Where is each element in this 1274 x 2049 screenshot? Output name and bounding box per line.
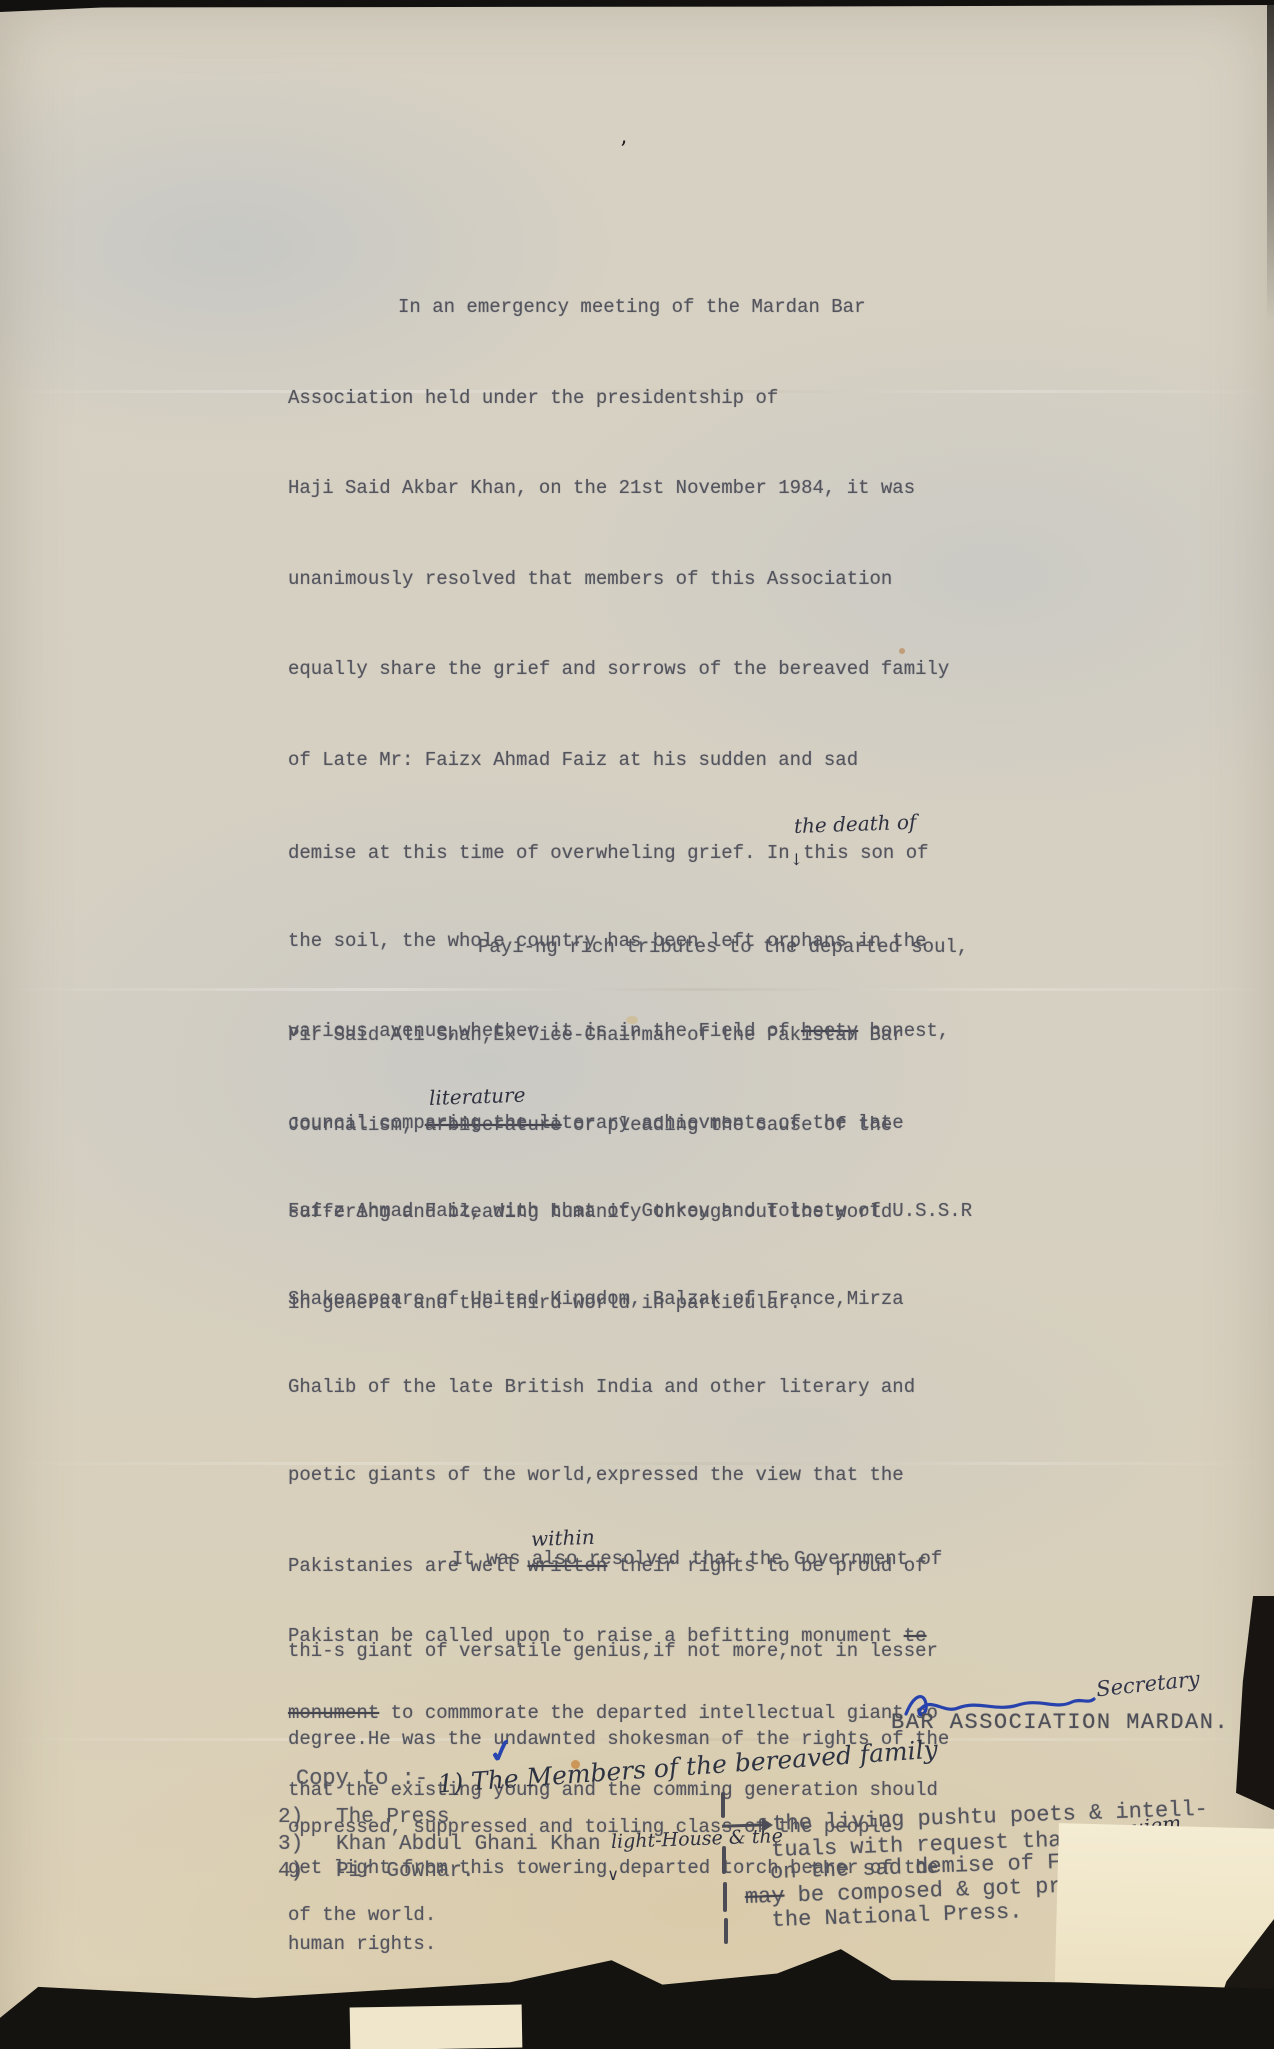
- caret-mark: ∨: [607, 1865, 619, 1884]
- paper-sliver: [350, 2005, 523, 2049]
- text-line: demise at this time of overwheling grief…: [288, 839, 949, 894]
- list-item-text: The Press: [336, 1806, 449, 1833]
- handwritten-annotation: light-House & the: [611, 1831, 612, 1853]
- secretary-handwritten-label: Secretary: [1095, 1667, 1201, 1702]
- text-line: Pakistan be called upon to raise a befit…: [288, 1625, 942, 1666]
- text-line: council comparing the literary achievmen…: [288, 1112, 972, 1164]
- text-line: In an emergency meeting of the Mardan Ba…: [288, 296, 949, 351]
- handwritten-annotation: the death of: [793, 814, 794, 838]
- typed-text: human rights.: [288, 1933, 436, 1955]
- typed-text: Fai-z Ahmad Faiz, with that of Gorkey an…: [288, 1200, 972, 1222]
- list-item-number: 3): [278, 1833, 336, 1860]
- text-line: Association held under the presidentship…: [288, 387, 949, 442]
- scanner-edge-right: [1267, 0, 1274, 320]
- text-line: Ghalib of the late British India and oth…: [288, 1376, 972, 1428]
- struck-text: may: [744, 1884, 784, 1910]
- copy-to-label: Copy to :-: [296, 1766, 428, 1791]
- list-item-text: Pir Gowhar.: [336, 1860, 475, 1887]
- scanner-edge-top: [0, 0, 1274, 12]
- list-item: 4)Pir Gowhar.: [278, 1860, 601, 1887]
- text-line: equally share the grief and sorrows of t…: [288, 658, 949, 713]
- list-item: 3)Khan Abdul Ghani Khan: [278, 1833, 601, 1860]
- typed-text: equally share the grief and sorrows of t…: [288, 658, 949, 680]
- typed-text: to commmorate the departed intellectual …: [379, 1702, 938, 1724]
- typed-text: In an emergency meeting of the Mardan Ba…: [398, 296, 865, 318]
- connector-dash: [724, 1918, 728, 1944]
- connector-dash: [723, 1882, 727, 1912]
- typed-text: council comparing the literary achievmen…: [288, 1112, 904, 1134]
- text-line: poetic giants of the world,expressed the…: [288, 1464, 972, 1516]
- text-line: Payi-ng rich tributes to the departed so…: [288, 936, 972, 988]
- connector-dash: [722, 1846, 726, 1874]
- typed-text: Payi-ng rich tributes to the departed so…: [478, 936, 968, 958]
- typed-text: Shakeaspeare of United Kingdom, Balzak o…: [288, 1288, 904, 1310]
- typed-text: of Late Mr: Faizx Ahmad Faiz at his sudd…: [288, 749, 858, 771]
- list-item-text: Khan Abdul Ghani Khan: [336, 1833, 601, 1860]
- text-line: Pir Said Ali Shah,Ex-Vice-Chairman of th…: [288, 1024, 972, 1076]
- typed-text: It was also resolved that the Government…: [452, 1548, 942, 1570]
- connector-dash: [721, 1792, 725, 1818]
- scanner-edge-wedge: [1236, 1596, 1274, 1810]
- list-item-number: 2): [278, 1806, 336, 1833]
- typed-text: this son of: [803, 842, 928, 864]
- copy-to-list: 2)The Press 3)Khan Abdul Ghani Khan 4)Pi…: [278, 1806, 601, 1887]
- text-line: It was also resolved that the Government…: [288, 1548, 942, 1589]
- text-line: unanimously resolved that members of thi…: [288, 568, 949, 623]
- caret-mark: ↓: [790, 850, 803, 869]
- typed-text: Pakistan be called upon to raise a befit…: [288, 1625, 904, 1647]
- bar-association-line: BAR ASSOCIATION MARDAN.: [891, 1710, 1229, 1735]
- text-line: Haji Said Akbar Khan, on the 21st Novemb…: [288, 477, 949, 532]
- text-line: Fai-z Ahmad Faiz, with that of Gorkey an…: [288, 1200, 972, 1252]
- typed-text: Association held under the presidentship…: [288, 387, 778, 409]
- struck-text: monument: [288, 1702, 379, 1724]
- typed-text: Haji Said Akbar Khan, on the 21st Novemb…: [288, 477, 915, 499]
- list-item-number: 4): [278, 1860, 336, 1887]
- text-line: Shakeaspeare of United Kingdom, Balzak o…: [288, 1288, 972, 1340]
- typed-text: unanimously resolved that members of thi…: [288, 568, 892, 590]
- text-line: of Late Mr: Faizx Ahmad Faiz at his sudd…: [288, 749, 949, 804]
- text-line: monument to commmorate the departed inte…: [288, 1702, 942, 1743]
- typed-text: demise at this time of overwheling grief…: [288, 842, 790, 864]
- typed-text: Ghalib of the late British India and oth…: [288, 1376, 915, 1398]
- stray-ink-mark: ’: [620, 138, 627, 163]
- struck-text: te: [904, 1625, 927, 1647]
- typed-text: poetic giants of the world,expressed the…: [288, 1464, 904, 1486]
- list-item: 2)The Press: [278, 1806, 601, 1833]
- scanned-letter-page: ’ In an emergency meeting of the Mardan …: [0, 0, 1274, 2049]
- typed-text: Pir Said Ali Shah,Ex-Vice-Chairman of th…: [288, 1024, 904, 1046]
